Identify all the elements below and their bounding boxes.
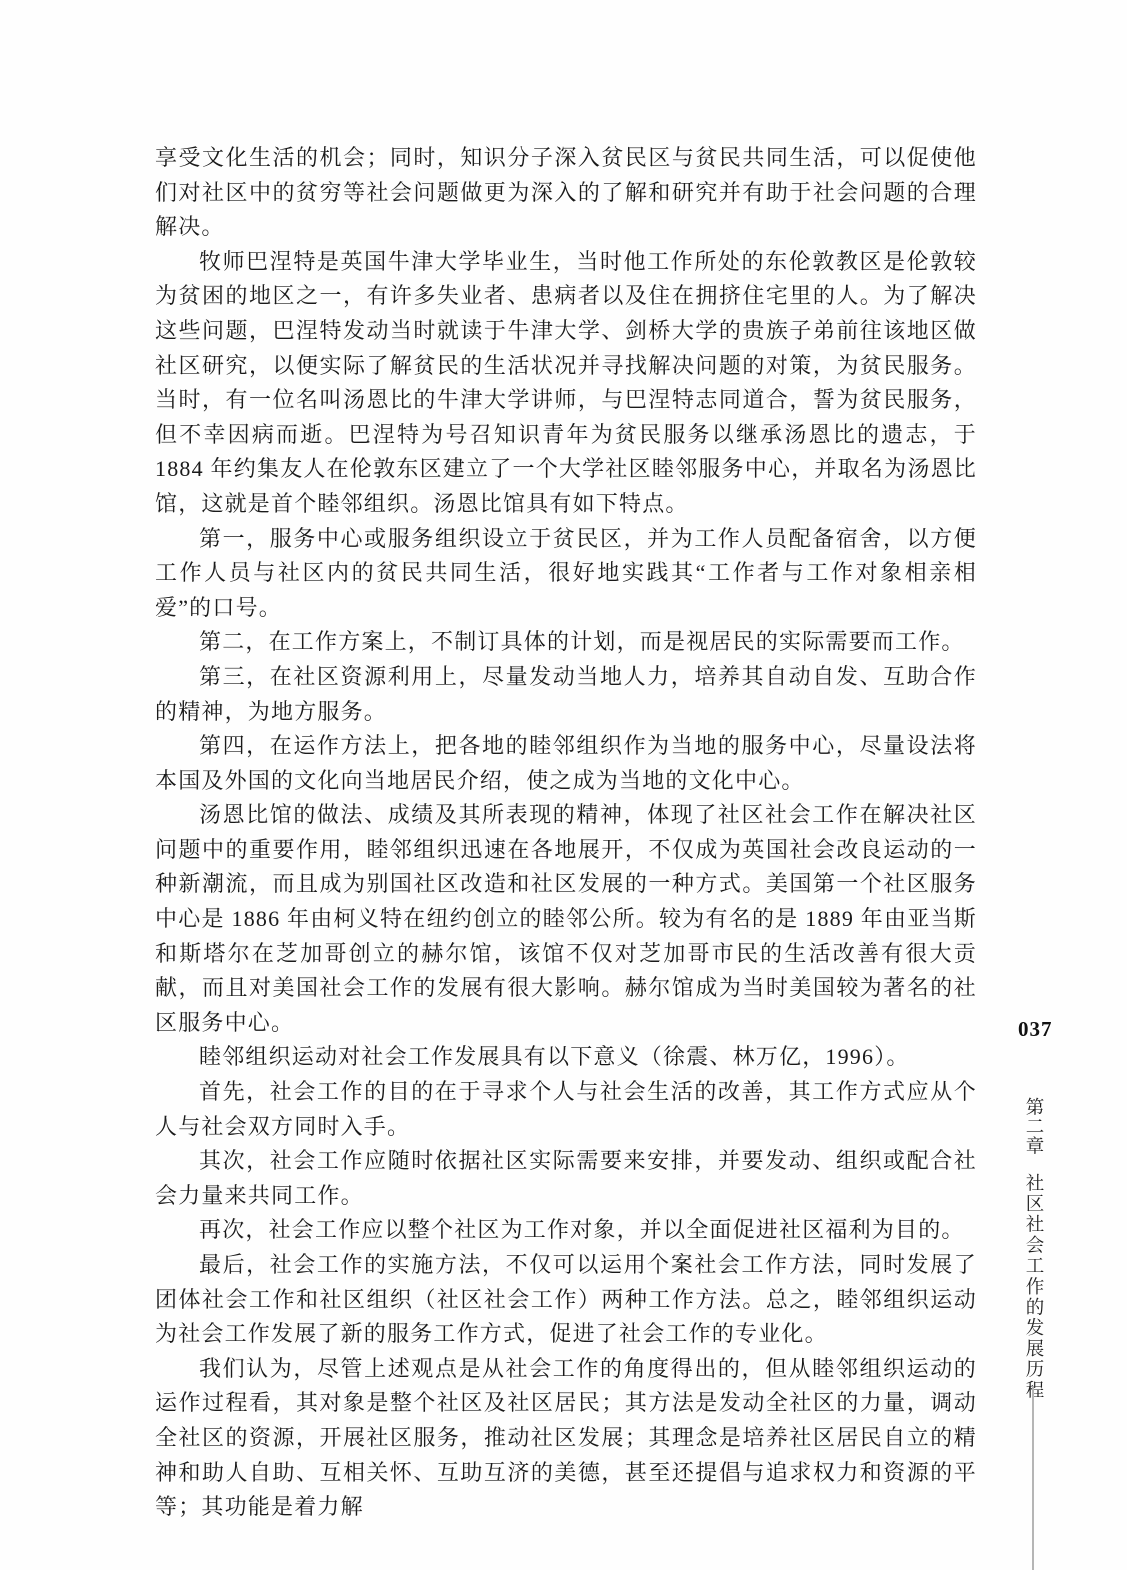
paragraph: 第二，在工作方案上，不制订具体的计划，而是视居民的实际需要而工作。 xyxy=(155,625,977,660)
paragraph: 睦邻组织运动对社会工作发展具有以下意义（徐震、林万亿，1996）。 xyxy=(155,1040,977,1075)
paragraph: 再次，社会工作应以整个社区为工作对象，并以全面促进社区福利为目的。 xyxy=(155,1213,977,1248)
body-text: 享受文化生活的机会；同时，知识分子深入贫民区与贫民共同生活，可以促使他们对社区中… xyxy=(155,141,977,1525)
paragraph: 第四，在运作方法上，把各地的睦邻组织作为当地的服务中心，尽量设法将本国及外国的文… xyxy=(155,729,977,798)
page-number: 037 xyxy=(1018,1017,1053,1042)
paragraph: 我们认为，尽管上述观点是从社会工作的角度得出的，但从睦邻组织运动的运作过程看，其… xyxy=(155,1352,977,1525)
paragraph: 首先，社会工作的目的在于寻求个人与社会生活的改善，其工作方式应从个人与社会双方同… xyxy=(155,1075,977,1144)
paragraph: 其次，社会工作应随时依据社区实际需要来安排，并要发动、组织或配合社会力量来共同工… xyxy=(155,1144,977,1213)
sidebar-vertical-rule xyxy=(1032,1386,1034,1570)
paragraph: 最后，社会工作的实施方法，不仅可以运用个案社会工作方法，同时发展了团体社会工作和… xyxy=(155,1248,977,1352)
paragraph: 第一，服务中心或服务组织设立于贫民区，并为工作人员配备宿舍，以方便工作人员与社区… xyxy=(155,522,977,626)
paragraph: 享受文化生活的机会；同时，知识分子深入贫民区与贫民共同生活，可以促使他们对社区中… xyxy=(155,141,977,245)
paragraph: 牧师巴涅特是英国牛津大学毕业生，当时他工作所处的东伦敦教区是伦敦较为贫困的地区之… xyxy=(155,245,977,522)
chapter-title-label: 社区社会工作的发展历程 xyxy=(1020,1173,1046,1401)
book-page: 享受文化生活的机会；同时，知识分子深入贫民区与贫民共同生活，可以促使他们对社区中… xyxy=(0,0,1127,1570)
paragraph: 汤恩比馆的做法、成绩及其所表现的精神，体现了社区社会工作在解决社区问题中的重要作… xyxy=(155,798,977,1040)
chapter-number-label: 第二章 xyxy=(1020,1097,1046,1156)
paragraph: 第三，在社区资源利用上，尽量发动当地人力，培养其自动自发、互助合作的精神，为地方… xyxy=(155,660,977,729)
